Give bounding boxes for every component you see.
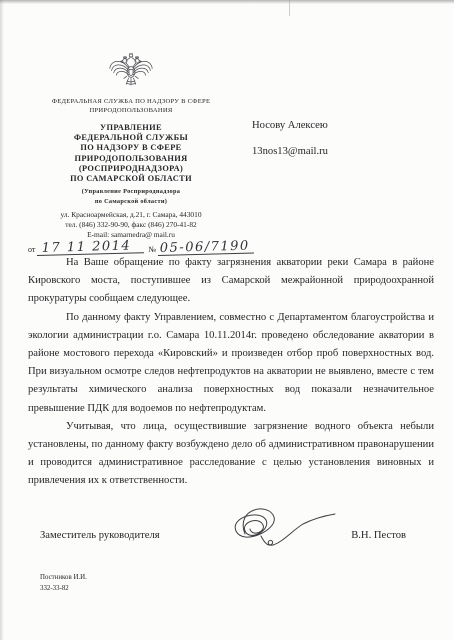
- body-paragraph: По данному факту Управлением, совместно …: [28, 309, 434, 418]
- executor-name: Постников И.И.: [40, 573, 87, 584]
- agency-name: ФЕДЕРАЛЬНАЯ СЛУЖБА ПО НАДЗОРУ В СФЕРЕ ПР…: [24, 97, 238, 115]
- org-short-name: (Управление Росприроднадзора по Самарско…: [24, 187, 238, 206]
- recipient-email: 13nos13@mail.ru: [252, 146, 328, 158]
- signer-position-title: Заместитель руководителя: [40, 530, 160, 541]
- letterhead: ФЕДЕРАЛЬНАЯ СЛУЖБА ПО НАДЗОРУ В СФЕРЕ ПР…: [24, 50, 238, 256]
- recipient-block: Носову Алексею 13nos13@mail.ru: [252, 120, 328, 158]
- body-paragraph: Учитывая, что лица, осуществившие загряз…: [28, 418, 434, 491]
- signer-name: В.Н. Пестов: [351, 530, 406, 541]
- org-street-address: ул. Красноармейская, д.21, г. Самара, 44…: [24, 210, 238, 220]
- recipient-name: Носову Алексею: [252, 120, 328, 132]
- org-name: УПРАВЛЕНИЕ ФЕДЕРАЛЬНОЙ СЛУЖБЫ ПО НАДЗОРУ…: [24, 123, 238, 184]
- executor-phone: 332-33-82: [40, 584, 87, 595]
- signature-row: Заместитель руководителя В.Н. Пестов: [40, 530, 406, 541]
- org-address-block: ул. Красноармейская, д.21, г. Самара, 44…: [24, 210, 238, 240]
- org-phone-fax: тел. (846) 332-90-90, факс (846) 270-41-…: [24, 220, 238, 230]
- coat-of-arms-eagle-icon: [108, 50, 154, 94]
- scan-fold-line: [289, 0, 290, 16]
- body-paragraph: На Ваше обращение по факту загрязнения а…: [28, 254, 434, 309]
- scan-edge-artifact: [0, 0, 454, 4]
- org-name-line: ПО НАДЗОРУ В СФЕРЕ: [24, 143, 238, 153]
- scanned-letter-page: ФЕДЕРАЛЬНАЯ СЛУЖБА ПО НАДЗОРУ В СФЕРЕ ПР…: [0, 0, 454, 640]
- executor-block: Постников И.И. 332-33-82: [40, 573, 87, 594]
- org-name-line: ПРИРОДОПОЛЬЗОВАНИЯ: [24, 154, 238, 164]
- org-name-line: ФЕДЕРАЛЬНОЙ СЛУЖБЫ: [24, 133, 238, 143]
- org-short-name-line1: (Управление Росприроднадзора: [24, 187, 238, 197]
- org-short-name-line2: по Самарской области): [24, 197, 238, 207]
- agency-name-line1: ФЕДЕРАЛЬНАЯ СЛУЖБА ПО НАДЗОРУ В СФЕРЕ: [24, 97, 238, 106]
- letter-body: На Ваше обращение по факту загрязнения а…: [28, 254, 434, 491]
- org-name-line: ПО САМАРСКОЙ ОБЛАСТИ: [24, 174, 238, 184]
- handwritten-signature: [205, 498, 340, 558]
- org-name-line: УПРАВЛЕНИЕ: [24, 123, 238, 133]
- agency-name-line2: ПРИРОДОПОЛЬЗОВАНИЯ: [24, 106, 238, 115]
- org-name-line: (РОСПРИРОДНАДЗОРА): [24, 164, 238, 174]
